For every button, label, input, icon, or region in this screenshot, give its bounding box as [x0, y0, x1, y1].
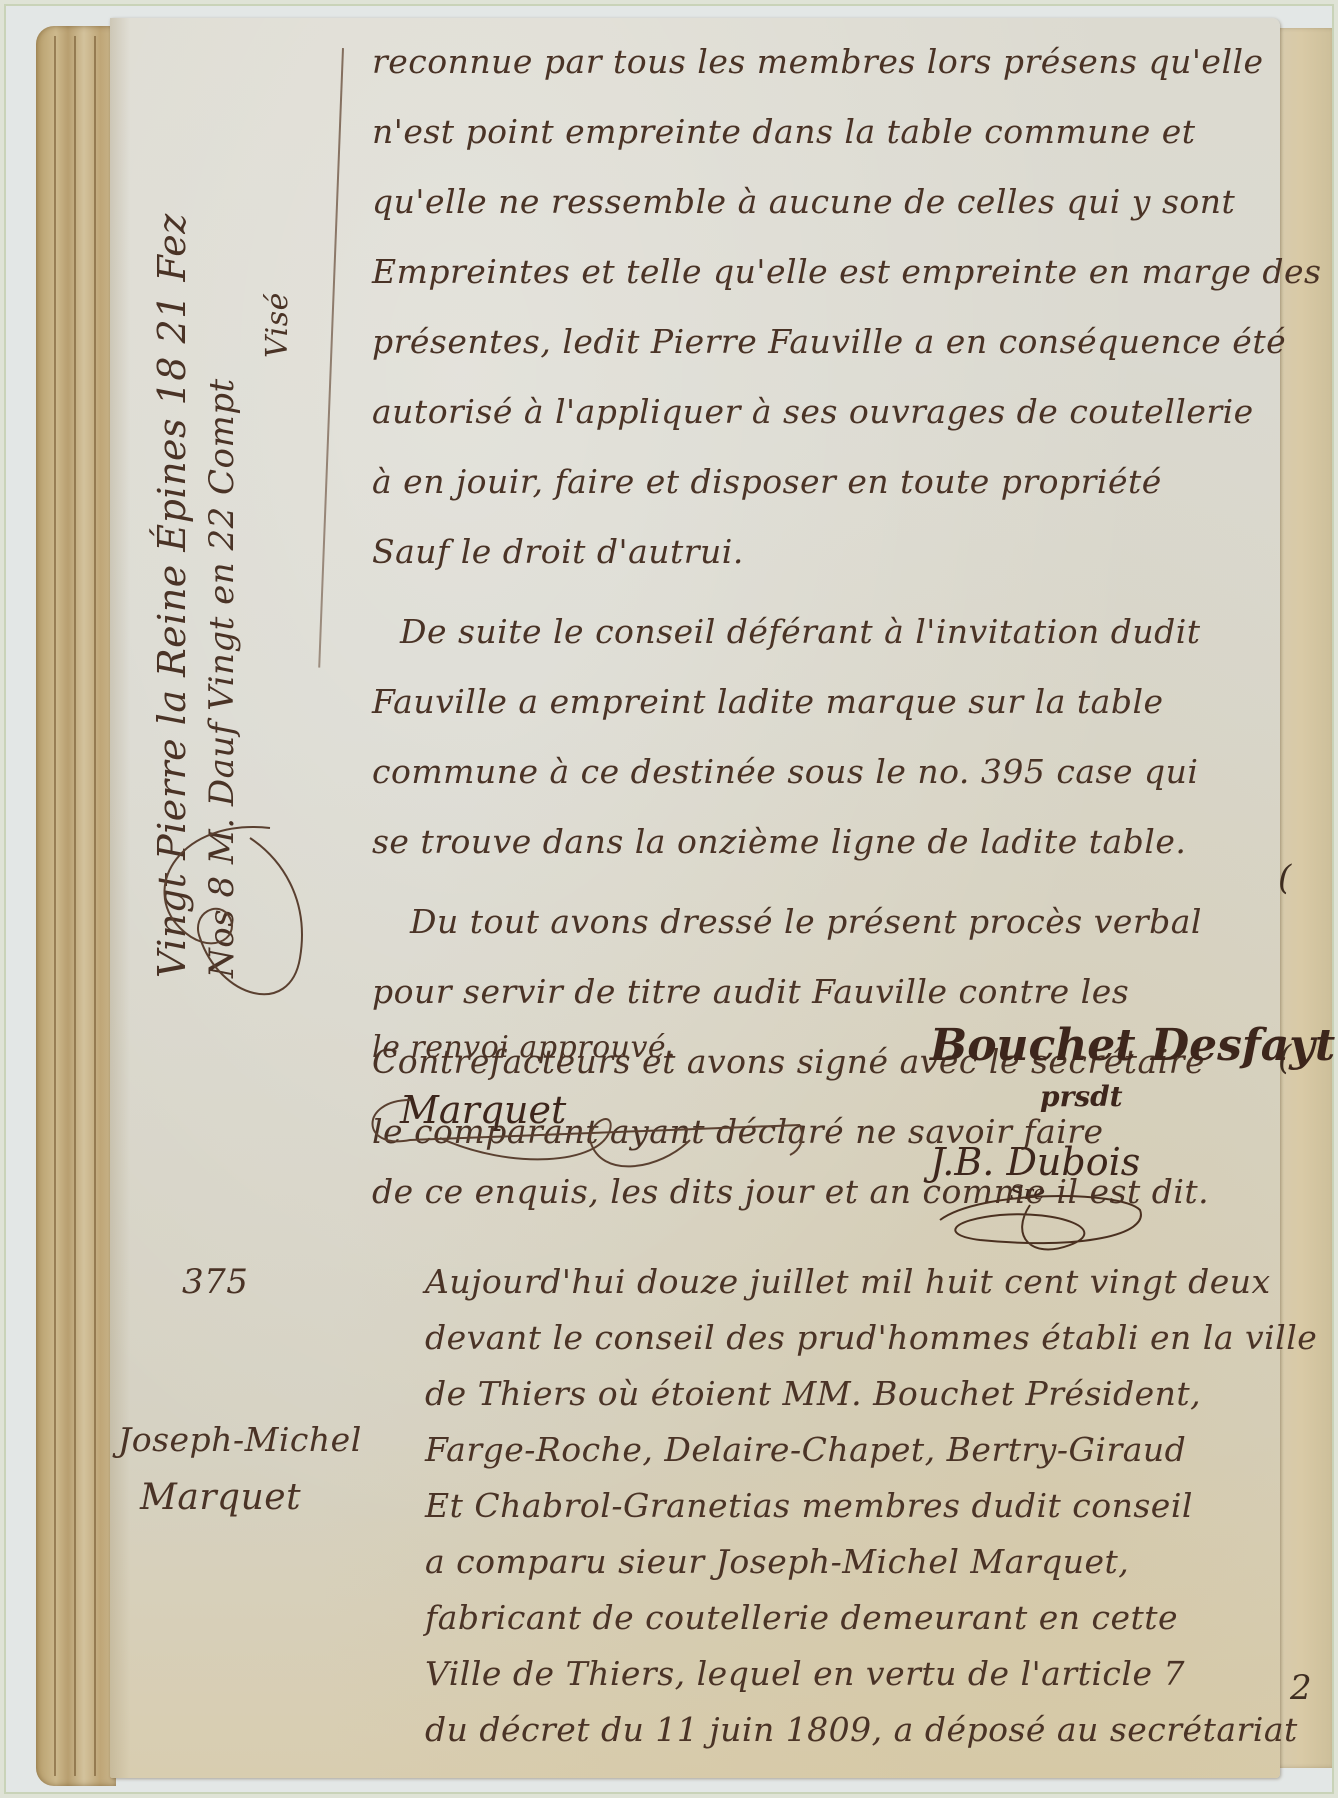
text-line: Fauville a empreint ladite marque sur la… [372, 682, 1164, 722]
text-line: a comparu sieur Joseph-Michel Marquet, [425, 1542, 1129, 1582]
text-line: à en jouir, faire et disposer en toute p… [372, 462, 1162, 502]
margin-name-line-1: Joseph-Michel [118, 1420, 362, 1460]
initial-flourish-icon [120, 798, 320, 1038]
text-line: autorisé à l'appliquer à ses ouvrages de… [372, 392, 1254, 432]
text-line: reconnue par tous les membres lors prése… [372, 42, 1264, 82]
margin-name-line-2: Marquet [140, 1478, 301, 1518]
margin-note-line-3: Visé [260, 292, 295, 358]
signature-bouchet-desfayt: Bouchet Desfayt [930, 1020, 1335, 1071]
text-line: Ville de Thiers, lequel en vertu de l'ar… [425, 1654, 1185, 1694]
text-line: fabricant de coutellerie demeurant en ce… [425, 1598, 1178, 1638]
text-line: Et Chabrol-Granetias membres dudit conse… [425, 1486, 1193, 1526]
book-page-edges [36, 26, 116, 1786]
text-line: Farge-Roche, Delaire-Chapet, Bertry-Gira… [425, 1430, 1186, 1470]
text-line: devant le conseil des prud'hommes établi… [425, 1318, 1317, 1358]
text-line: du décret du 11 juin 1809, a déposé au s… [425, 1710, 1298, 1750]
text-line: n'est point empreinte dans la table comm… [372, 112, 1196, 152]
text-line: Du tout avons dressé le présent procès v… [410, 902, 1202, 942]
text-line: commune à ce destinée sous le no. 395 ca… [372, 752, 1198, 792]
text-line: Sauf le droit d'autrui. [372, 532, 744, 572]
text-line: Aujourd'hui douze juillet mil huit cent … [425, 1262, 1271, 1302]
renvoi-approuve-text: le renvoi approuvé. [372, 1028, 676, 1068]
signature-dubois: J.B. Dubois [930, 1140, 1140, 1184]
text-line: de Thiers où étoient MM. Bouchet Préside… [425, 1374, 1201, 1414]
edge-glyph: 2 [1290, 1668, 1312, 1708]
text-line: se trouve dans la onzième ligne de ladit… [372, 822, 1186, 862]
margin-rule [318, 48, 344, 668]
signature-title-president: prsdt [1040, 1080, 1123, 1113]
text-line: Empreintes et telle qu'elle est empreint… [372, 252, 1321, 292]
text-line: pour servir de titre audit Fauville cont… [372, 972, 1129, 1012]
signature-flourish-icon [360, 1090, 820, 1190]
text-line: présentes, ledit Pierre Fauville a en co… [372, 322, 1286, 362]
text-line: De suite le conseil déférant à l'invitat… [400, 612, 1201, 652]
entry-number: 375 [182, 1262, 248, 1302]
dubois-flourish-icon [920, 1180, 1160, 1260]
text-line: qu'elle ne ressemble à aucune de celles … [372, 182, 1235, 222]
